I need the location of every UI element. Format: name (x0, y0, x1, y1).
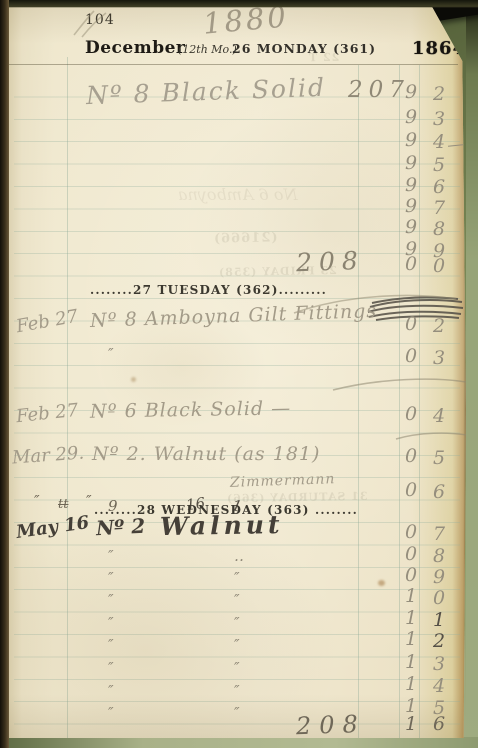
foxing-spot (378, 580, 385, 586)
pencil-smudge (68, 7, 114, 41)
count-digit: 5 (426, 447, 452, 469)
count-digit: 3 (426, 653, 452, 675)
count-digit: 4 (426, 405, 452, 427)
count-digit: 9 (398, 152, 424, 174)
count-digit: 7 (426, 523, 452, 545)
count-digit: 4 (426, 675, 452, 697)
count-digit: 9 (398, 129, 424, 151)
entry-text: Nº 2. Walnut (as 181) (92, 443, 320, 465)
ditto-mark: ″ (108, 636, 114, 654)
pencil-underline (394, 429, 470, 443)
count-digit: 1 (398, 607, 424, 629)
count-digit: 0 (398, 313, 424, 335)
count-digit: 0 (426, 587, 452, 609)
pencil-mark: ″ (86, 492, 92, 510)
pencil-mark: tt (58, 497, 68, 512)
count-digit: 0 (398, 445, 424, 467)
count-digit: 2 (426, 83, 452, 105)
count-digit: 2 (426, 315, 452, 337)
ditto-mark: ″ (234, 682, 240, 700)
count-digit: 1 (398, 585, 424, 607)
month-note: (12th Mo.) (178, 43, 237, 56)
ditto-mark: ″ (234, 636, 240, 654)
count-digit: 0 (398, 479, 424, 501)
rollover-hundreds: 208 (296, 246, 366, 277)
photo-of-diary-page: 104 1880 December (12th Mo.) 26 MONDAY (… (0, 0, 478, 748)
count-digit: 9 (398, 174, 424, 196)
day-header: 26 MONDAY (361) (232, 41, 376, 56)
ditto-mark: ″ (234, 569, 240, 587)
ditto-mark: ″ (234, 704, 240, 722)
count-digit: 0 (398, 345, 424, 367)
ditto-mark: ″ (234, 614, 240, 632)
column-line-1 (358, 65, 359, 746)
count-digit: 1 (398, 713, 424, 735)
ditto-mark: ″ (108, 704, 114, 722)
count-digit: 0 (398, 521, 424, 543)
backdrop-top (0, 0, 478, 8)
count-digit: 6 (426, 481, 452, 503)
total-hundreds: 208 (296, 710, 367, 740)
entry-number: Nº 2 (95, 514, 145, 541)
diary-page: 104 1880 December (12th Mo.) 26 MONDAY (… (8, 7, 466, 738)
count-digit: 0 (398, 253, 424, 275)
count-digit: 5 (426, 154, 452, 176)
margin-line-left (67, 57, 68, 738)
ditto-mark: ″ (108, 591, 114, 609)
bleedthrough-script: No 6 Amboyna (178, 185, 297, 204)
count-digit: 6 (426, 176, 452, 198)
backdrop-bottom (0, 737, 478, 748)
count-digit: 0 (398, 403, 424, 425)
count-digit: 9 (398, 106, 424, 128)
bleedthrough-text: (21666) (213, 230, 278, 246)
tuesday-header: ........27 TUESDAY (362)......... (90, 283, 320, 297)
count-digit: 1 (426, 609, 452, 631)
count-digit: 9 (398, 216, 424, 238)
stain (98, 307, 268, 427)
count-digit: 6 (426, 713, 452, 735)
count-digit: 1 (398, 651, 424, 673)
printed-year: 1864 (412, 38, 466, 59)
month-label: December (85, 38, 185, 58)
count-digit: 8 (426, 218, 452, 240)
ditto-mark: ″ (108, 682, 114, 700)
count-digit: 1 (398, 673, 424, 695)
count-digit: 8 (426, 545, 452, 567)
header-rule (8, 64, 458, 65)
count-digit: 4 (426, 131, 452, 153)
count-digit: 9 (426, 566, 452, 588)
pencil-underline (330, 373, 470, 395)
count-digit: 7 (426, 197, 452, 219)
count-digit: 0 (398, 564, 424, 586)
backdrop-right (466, 0, 478, 748)
book-binding-edge (0, 0, 9, 748)
ditto-mark: ″ (108, 659, 114, 677)
ditto-mark: ″ (108, 614, 114, 632)
count-digit: 2 (426, 630, 452, 652)
count-digit: 0 (398, 543, 424, 565)
ditto-mark: ″ (234, 591, 240, 609)
entry-text: Walnut (160, 510, 284, 541)
count-digit: 9 (398, 195, 424, 217)
count-digit: 3 (426, 108, 452, 130)
bleedthrough-text: 22 T (308, 51, 340, 65)
foxing-spot (131, 377, 136, 382)
count-digit: 1 (398, 628, 424, 650)
count-digit: 0 (426, 255, 452, 277)
ditto-mark: ″ (234, 659, 240, 677)
count-digit: 9 (398, 81, 424, 103)
ditto-mark: ″ (108, 547, 114, 565)
ditto-mark: ‥ (234, 547, 244, 565)
count-digit: 3 (426, 347, 452, 369)
ditto-mark: ″ (108, 569, 114, 587)
pencil-mark: ″ (34, 492, 40, 510)
